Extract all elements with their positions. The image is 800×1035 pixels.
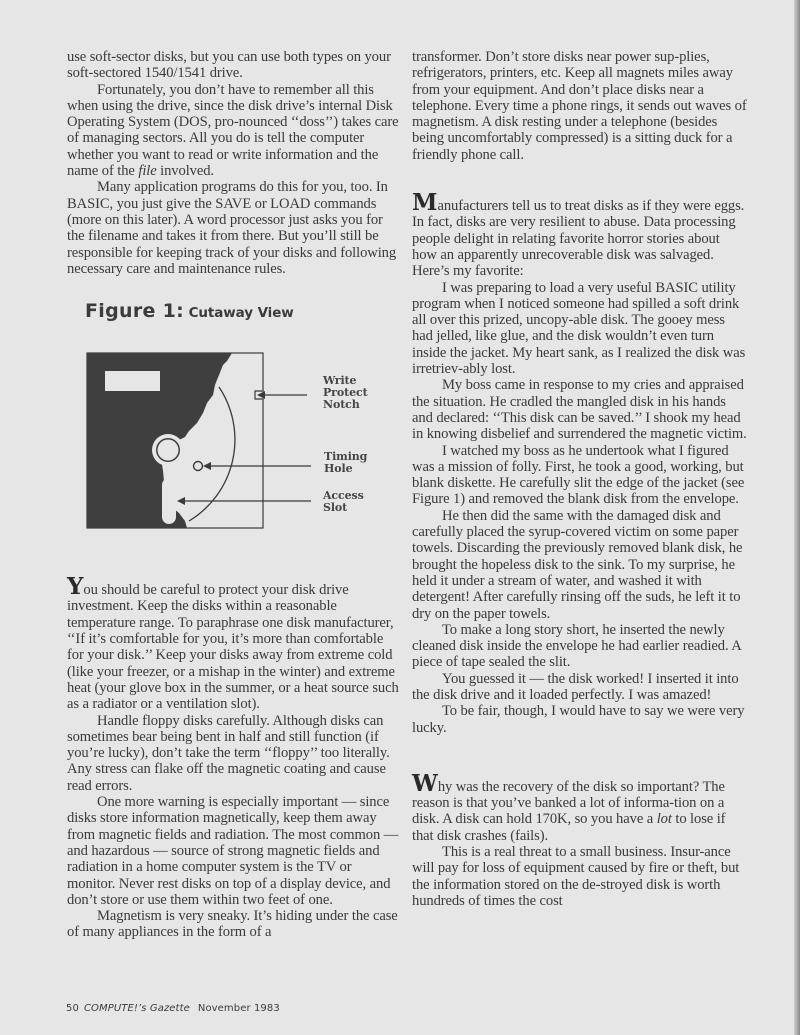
- paragraph: One more warning is especially important…: [67, 794, 403, 908]
- drop-cap: Y: [67, 573, 82, 600]
- right-column: transformer. Don’t store disks near powe…: [412, 49, 748, 909]
- paragraph: Manufacturers tell us to treat disks as …: [412, 195, 748, 279]
- drop-cap: W: [412, 770, 437, 797]
- figure-number: Figure 1:: [85, 300, 184, 322]
- italic-word: file: [138, 163, 156, 179]
- paragraph: You should be careful to protect your di…: [67, 579, 403, 712]
- label-line: Hole: [324, 463, 367, 475]
- figure-caption: Cutaway View: [184, 305, 294, 321]
- label-line: Notch: [323, 399, 368, 411]
- paragraph: To be fair, though, I would have to say …: [412, 703, 748, 736]
- paragraph: Many application programs do this for yo…: [67, 179, 403, 277]
- left-column: use soft-sector disks, but you can use b…: [67, 49, 403, 941]
- paragraph: transformer. Don’t store disks near powe…: [412, 49, 748, 163]
- paragraph: I was preparing to load a very useful BA…: [412, 280, 748, 378]
- issue-date: November 1983: [198, 1003, 280, 1014]
- paragraph: Magnetism is very sneaky. It’s hiding un…: [67, 908, 403, 941]
- italic-word: lot: [657, 811, 672, 827]
- magazine-name: COMPUTE!’s Gazette: [84, 1003, 190, 1014]
- paragraph-text: Fortunately, you don’t have to remember …: [67, 82, 399, 179]
- paragraph: He then did the same with the damaged di…: [412, 508, 748, 622]
- page-edge: [794, 0, 800, 1035]
- figure-cutaway-view: Figure 1: Cutaway View Write Protect Not…: [67, 291, 403, 559]
- paragraph-text: anufacturers tell us to treat disks as i…: [412, 198, 744, 279]
- label-write-protect-notch: Write Protect Notch: [323, 375, 368, 411]
- section-gap: [412, 736, 748, 776]
- figure-title: Figure 1: Cutaway View: [85, 303, 294, 321]
- floppy-disk-diagram: [67, 291, 403, 559]
- drop-cap: M: [412, 189, 436, 216]
- paragraph: My boss came in response to my cries and…: [412, 377, 748, 442]
- page-footer: 50COMPUTE!’s GazetteNovember 1983: [66, 1003, 280, 1014]
- paragraph: You guessed it — the disk worked! I inse…: [412, 671, 748, 704]
- paragraph: This is a real threat to a small busines…: [412, 844, 748, 909]
- paragraph-text: involved.: [157, 163, 214, 179]
- paragraph: To make a long story short, he inserted …: [412, 622, 748, 671]
- label-access-slot: Access Slot: [323, 490, 364, 514]
- paragraph: Why was the recovery of the disk so impo…: [412, 776, 748, 844]
- paragraph-text: ou should be careful to protect your dis…: [67, 582, 399, 712]
- paragraph: I watched my boss as he undertook what I…: [412, 443, 748, 508]
- paragraph: use soft-sector disks, but you can use b…: [67, 49, 403, 82]
- paragraph: Handle floppy disks carefully. Although …: [67, 713, 403, 794]
- label-line: Slot: [323, 502, 364, 514]
- label-timing-hole: Timing Hole: [324, 451, 367, 475]
- page-number: 50: [66, 1003, 79, 1014]
- section-gap: [412, 163, 748, 195]
- paragraph: Fortunately, you don’t have to remember …: [67, 82, 403, 180]
